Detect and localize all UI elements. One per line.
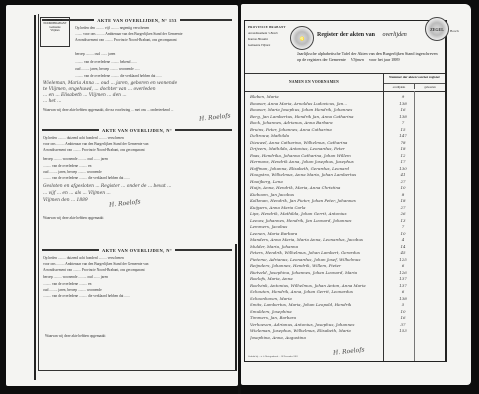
index-register: PROVINCIE BRABANT Arrondissement 's Bosc… [244, 20, 447, 362]
act-number [393, 335, 413, 342]
closing-text: Waarvan wij deze akte hebben opgemaakt [43, 216, 231, 220]
title-handwritten: overlijden [382, 32, 406, 38]
gemeente-row: Gemeente Vlijmen [248, 42, 286, 48]
handwritten-line: Vlijmen den ... 1889 [43, 198, 88, 203]
form-line: Arrondissement van ......... Provincie N… [43, 268, 231, 272]
form-line: Arrondissement van ......... Provincie N… [43, 148, 231, 152]
list-item: Josephina, Anna, Augustina [250, 335, 382, 342]
signature: H. Roelofs [109, 198, 141, 208]
handwritten-line: ... het ... [43, 99, 61, 104]
subheader-right: geboorten [415, 84, 445, 89]
subtitle-gemeente: Vlijmen [351, 57, 364, 62]
column-divider [414, 91, 415, 361]
numbers-column-header: Nummer der akten van het register overli… [384, 73, 445, 92]
subtitle-text: Jaarlijksche alphabetische Tafel der Akt… [297, 51, 438, 62]
form-line: oud ......... jaren, beroep ......... wo… [75, 67, 231, 71]
label: Gemeente [248, 43, 260, 47]
form-line: ......... van de overledene ......... di… [75, 74, 231, 78]
lion-seal-icon: ♌ [290, 26, 314, 50]
closing-text: Waarvan wij deze akte hebben opgemaakt, … [43, 108, 231, 112]
death-act-1: AKTE VAN OVERLIJDEN, N° 153 PROVINCIE NO… [38, 14, 235, 124]
province-sidebox: PROVINCIE NOORDBRABANT Gemeente Vlijmen [40, 17, 70, 47]
title-rule [42, 249, 99, 251]
title-rule [42, 129, 99, 131]
register-subtitle: Jaarlijksche alphabetische Tafel der Akt… [297, 51, 442, 63]
title-rule [175, 249, 232, 251]
names-column-header: NAMEN EN VOORNAMEN [245, 73, 384, 92]
death-act-2: AKTE VAN OVERLIJDEN, N° Op heden .......… [38, 124, 235, 244]
title-rule [180, 19, 232, 21]
form-line: ........ voor ons ......... Ambtenaar va… [75, 32, 231, 36]
stamp-side-text: Bosch [450, 29, 459, 33]
value: 's Bosch [268, 31, 278, 35]
document-scan: AKTE VAN OVERLIJDEN, N° 153 PROVINCIE NO… [0, 0, 479, 394]
label: Kanton [248, 37, 257, 41]
form-line: oud ......... jaren, beroep ......... wo… [43, 288, 231, 292]
register-title: Register der akten van overlijden [317, 32, 407, 38]
form-line: beroep ......... woonende ......... oud … [43, 275, 231, 279]
form-line: ......... van de overledene ......... di… [43, 294, 231, 298]
handwritten-line: ... en ... Elisabeth ... Vlijmen ... den… [43, 93, 127, 98]
subheader-left: overlijdens [384, 84, 415, 89]
register-header: PROVINCIE BRABANT Arrondissement 's Bosc… [245, 21, 445, 74]
form-line: voor ons ......... Ambtenaar van den Bur… [43, 262, 231, 266]
signature: H. Roelofs [333, 346, 365, 356]
act-title: AKTE VAN OVERLIJDEN, N° 153 [42, 16, 232, 24]
title-rule [175, 129, 232, 131]
sidebox-line: Vlijmen [41, 29, 69, 32]
form-line: ......... van de overledene ......... di… [43, 176, 231, 180]
left-margin-rule [34, 15, 36, 380]
handwritten-line: Gesloten en afgesloten ... Register ... … [43, 184, 171, 189]
seal-glyph: ♌ [291, 27, 313, 49]
label: Arrondissement [248, 31, 267, 35]
printer-note: Gedrukt bij ... te 's-Hertogenbosch ... … [248, 356, 298, 358]
name-list: Bleben, MariaBouwer, Anna Maria, Arnoldu… [250, 94, 382, 341]
act-title-text: AKTE VAN OVERLIJDEN, N° 153 [97, 18, 177, 23]
form-line: ......... van de overledene ......... en [43, 282, 231, 286]
form-line: oud ......... jaren, beroep ......... wo… [43, 170, 231, 174]
form-line: ......... van de overledene ......... en [43, 164, 231, 168]
closing-text: Waarvan wij deze akte hebben opgemaakt [45, 334, 231, 338]
form-line: beroep ......... woonende ......... oud … [43, 157, 231, 161]
death-act-3: AKTE VAN OVERLIJDEN, N° Op heden .......… [38, 244, 237, 371]
form-line: voor ons ......... Ambtenaar van den Bur… [43, 142, 231, 146]
handwritten-line: te Vlijmen, ongehuwd, ... dochter van ..… [43, 87, 156, 92]
tax-stamp-icon: ZEGEL [425, 17, 449, 41]
numbers-header-text: Nummer der akten van het register [384, 73, 445, 84]
handwritten-line: Wieleman, Maria Anna ... oud ... jaren, … [43, 81, 177, 86]
signature: H. Roelofs [199, 112, 231, 122]
form-line: Op heden den ......... vijf ......... ne… [75, 26, 231, 30]
form-line: beroep ......... oud ....... jaren [75, 52, 231, 56]
act-title-text: AKTE VAN OVERLIJDEN, N° [102, 248, 172, 253]
form-line: Op heden ......... duizend acht honderd … [43, 256, 231, 260]
value: Vlijmen [261, 43, 270, 47]
value: Heusden [258, 37, 269, 41]
column-divider [383, 91, 384, 361]
form-line: ......... van de overledene ......... be… [75, 60, 231, 64]
title-text: Register der akten van [317, 32, 375, 38]
book-spine [238, 0, 241, 394]
act-title: AKTE VAN OVERLIJDEN, N° [42, 126, 232, 134]
form-line: Op heden ......... duizend acht honderd … [43, 136, 231, 140]
subtitle-year: voor het jaar 1889 [369, 57, 400, 62]
province-block: PROVINCIE BRABANT Arrondissement 's Bosc… [248, 24, 286, 48]
number-list: 9138161387151477818121713041271081827261… [393, 94, 413, 341]
act-title: AKTE VAN OVERLIJDEN, N° [42, 246, 232, 254]
form-line: Arrondissement van ......... Provincie N… [75, 38, 231, 42]
numbers-subheaders: overlijdens geboorten [384, 84, 445, 89]
act-title-text: AKTE VAN OVERLIJDEN, N° [102, 128, 172, 133]
seal-text: ZEGEL [426, 18, 448, 40]
handwritten-line: ... vijf ... en ... als ... Vlijmen ... [43, 191, 111, 196]
